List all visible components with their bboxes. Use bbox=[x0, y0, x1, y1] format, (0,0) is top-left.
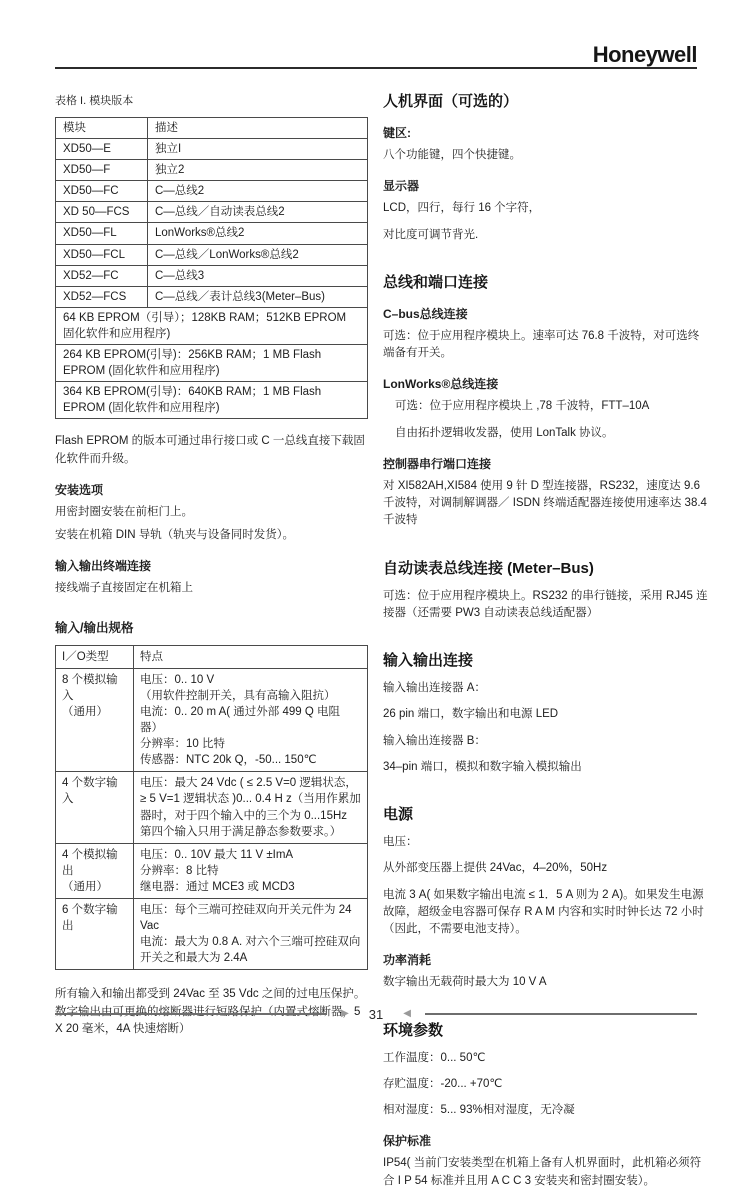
operating-temp-text: 工作温度：0... 50℃ bbox=[383, 1050, 708, 1067]
datasheet-page: Honeywell 表格 I. 模块版本 模块 描述 XD50—E独立I XD5… bbox=[0, 0, 750, 1061]
power-consumption-heading: 功率消耗 bbox=[383, 951, 708, 968]
power-consumption-text: 数字输出无载荷时最大为 10 V A bbox=[383, 974, 708, 991]
io-terminal-paragraph: 接线端子直接固定在机箱上 bbox=[55, 580, 368, 597]
table-cell: 电压：每个三端可控硅双向开关元件为 24 Vac 电流：最大为 0.8 A. 对… bbox=[134, 898, 368, 969]
table-cell: C—总线／自动读表总线2 bbox=[148, 202, 368, 223]
io-spec-heading: 输入/输出规格 bbox=[55, 618, 368, 636]
table-cell: 电压：0.. 10V 最大 11 V ±ImA 分辨率：8 比特 继电器：通过 … bbox=[134, 843, 368, 898]
bus-section-title: 总线和端口连接 bbox=[383, 271, 708, 292]
table-row: XD50—FCC—总线2 bbox=[56, 181, 368, 202]
table-header-cell: 描述 bbox=[148, 118, 368, 139]
display-text: 对比度可调节背光. bbox=[383, 227, 708, 244]
table-header-row: I／O类型 特点 bbox=[56, 645, 368, 668]
table-cell: C—总线／LonWorks®总线2 bbox=[148, 244, 368, 265]
page-number: 31 bbox=[369, 1007, 383, 1022]
table-cell: 8 个模拟输入 （通用） bbox=[56, 668, 134, 772]
flash-eprom-paragraph: Flash EPROM 的版本可通过串行接口或 C 一总线直接下载固化软件而升级… bbox=[55, 433, 368, 468]
table-header-cell: 模块 bbox=[56, 118, 148, 139]
lonworks-text: 自由拓扑逻辑收发器，使用 LonTalk 协议。 bbox=[383, 425, 708, 442]
table-cell: 独立2 bbox=[148, 160, 368, 181]
current-text: 电流 3 A( 如果数字输出电流 ≤ 1．5 A 则为 2 A)。如果发生电源故… bbox=[383, 887, 708, 939]
table-caption: 表格 I. 模块版本 bbox=[55, 92, 368, 108]
table-cell: XD 50—FCS bbox=[56, 202, 148, 223]
install-paragraph: 安装在机箱 DIN 导轨（轨夹与设备同时发货）。 bbox=[55, 527, 368, 544]
table-cell: C—总线2 bbox=[148, 181, 368, 202]
table-cell: C—总线／表计总线3(Meter–Bus) bbox=[148, 286, 368, 307]
meter-bus-text: 可选：位于应用程序模块上。RS232 的串行链接，采用 RJ45 连接器（还需要… bbox=[383, 588, 708, 623]
protection-standard-text: IP54( 当前门安装类型在机箱上备有人机界面时，此机箱必须符合 I P 54 … bbox=[383, 1155, 708, 1190]
cbus-heading: C–bus总线连接 bbox=[383, 305, 708, 322]
io-connector-text: 26 pin 端口，数字输出和电源 LED bbox=[383, 706, 708, 723]
left-column: 表格 I. 模块版本 模块 描述 XD50—E独立I XD50—F独立2 XD5… bbox=[55, 92, 368, 1047]
keypad-heading: 键区: bbox=[383, 124, 708, 141]
footer-rule-right bbox=[425, 1013, 697, 1015]
table-cell: XD52—FC bbox=[56, 265, 148, 286]
io-connector-text: 输入输出连接器 A： bbox=[383, 680, 708, 697]
table-cell: XD52—FCS bbox=[56, 286, 148, 307]
table-span-row: 364 KB EPROM(引导)：640KB RAM；1 MB Flash EP… bbox=[56, 382, 368, 419]
table-cell: 4 个模拟输出 （通用） bbox=[56, 843, 134, 898]
io-connector-text: 输入输出连接器 B： bbox=[383, 733, 708, 750]
page-footer: ▶ 31 ◀ bbox=[55, 1002, 697, 1026]
table-row: 4 个模拟输出 （通用） 电压：0.. 10V 最大 11 V ±ImA 分辨率… bbox=[56, 843, 368, 898]
table-span-row: 64 KB EPROM（引导）；128KB RAM；512KB EPROM 固化… bbox=[56, 307, 368, 344]
io-connector-text: 34–pin 端口，模拟和数字输入模拟输出 bbox=[383, 759, 708, 776]
io-connection-section-title: 输入输出连接 bbox=[383, 649, 708, 670]
table-cell: XD50—FL bbox=[56, 223, 148, 244]
keypad-text: 八个功能键，四个快捷键。 bbox=[383, 147, 708, 164]
install-options-heading: 安装选项 bbox=[55, 481, 368, 498]
table-cell: 4 个数字输入 bbox=[56, 772, 134, 843]
table-header-cell: 特点 bbox=[134, 645, 368, 668]
table-row: XD50—FLLonWorks®总线2 bbox=[56, 223, 368, 244]
table-cell: XD50—E bbox=[56, 139, 148, 160]
table-header-row: 模块 描述 bbox=[56, 118, 368, 139]
table-cell: XD50—FCL bbox=[56, 244, 148, 265]
footer-rule-left bbox=[55, 1013, 327, 1015]
right-triangle-icon: ▶ bbox=[341, 1009, 349, 1019]
io-spec-table: I／O类型 特点 8 个模拟输入 （通用） 电压：0.. 10 V （用软件控制… bbox=[55, 645, 368, 971]
table-cell: 电压：0.. 10 V （用软件控制开关，具有高输入阻抗） 电流：0.. 20 … bbox=[134, 668, 368, 772]
table-cell: XD50—FC bbox=[56, 181, 148, 202]
voltage-text: 从外部变压器上提供 24Vac，4–20%，50Hz bbox=[383, 860, 708, 877]
table-row: 8 个模拟输入 （通用） 电压：0.. 10 V （用软件控制开关，具有高输入阻… bbox=[56, 668, 368, 772]
table-header-cell: I／O类型 bbox=[56, 645, 134, 668]
power-section-title: 电源 bbox=[383, 803, 708, 824]
cbus-text: 可选：位于应用程序模块上。速率可达 76.8 千波特，对可选终端备有开关。 bbox=[383, 328, 708, 363]
table-row: XD50—F独立2 bbox=[56, 160, 368, 181]
meter-bus-section-title: 自动读表总线连接 (Meter–Bus) bbox=[383, 557, 708, 578]
hmi-section-title: 人机界面（可选的） bbox=[383, 90, 708, 111]
humidity-text: 相对湿度：5... 93%相对湿度，无冷凝 bbox=[383, 1102, 708, 1119]
lonworks-heading: LonWorks®总线连接 bbox=[383, 375, 708, 392]
storage-temp-text: 存贮温度：-20... +70℃ bbox=[383, 1076, 708, 1093]
honeywell-logo: Honeywell bbox=[55, 42, 697, 68]
table-cell: 264 KB EPROM(引导)：256KB RAM；1 MB Flash EP… bbox=[56, 345, 368, 382]
table-row: 4 个数字输入 电压：最大 24 Vdc ( ≤ 2.5 V=0 逻辑状态，≥ … bbox=[56, 772, 368, 843]
serial-port-heading: 控制器串行端口连接 bbox=[383, 455, 708, 472]
voltage-label: 电压： bbox=[383, 834, 708, 851]
table-row: XD52—FCSC—总线／表计总线3(Meter–Bus) bbox=[56, 286, 368, 307]
table-cell: LonWorks®总线2 bbox=[148, 223, 368, 244]
io-terminal-heading: 输入输出终端连接 bbox=[55, 557, 368, 574]
protection-standard-heading: 保护标准 bbox=[383, 1132, 708, 1149]
header-divider bbox=[55, 67, 697, 69]
table-row: XD52—FCC—总线3 bbox=[56, 265, 368, 286]
table-cell: 364 KB EPROM(引导)：640KB RAM；1 MB Flash EP… bbox=[56, 382, 368, 419]
table-row: XD 50—FCSC—总线／自动读表总线2 bbox=[56, 202, 368, 223]
table-row: XD50—FCLC—总线／LonWorks®总线2 bbox=[56, 244, 368, 265]
display-text: LCD，四行，每行 16 个字符， bbox=[383, 200, 708, 217]
table-cell: C—总线3 bbox=[148, 265, 368, 286]
lonworks-text: 可选：位于应用程序模块上 ,78 千波特，FTT–10A bbox=[383, 398, 708, 415]
module-versions-table: 模块 描述 XD50—E独立I XD50—F独立2 XD50—FCC—总线2 X… bbox=[55, 117, 368, 419]
display-heading: 显示器 bbox=[383, 177, 708, 194]
serial-port-text: 对 XI582AH,XI584 使用 9 针 D 型连接器，RS232，速度达 … bbox=[383, 478, 708, 530]
table-cell: 电压：最大 24 Vdc ( ≤ 2.5 V=0 逻辑状态，≥ 5 V=1 逻辑… bbox=[134, 772, 368, 843]
table-row: 6 个数字输出 电压：每个三端可控硅双向开关元件为 24 Vac 电流：最大为 … bbox=[56, 898, 368, 969]
table-span-row: 264 KB EPROM(引导)：256KB RAM；1 MB Flash EP… bbox=[56, 345, 368, 382]
table-cell: 64 KB EPROM（引导）；128KB RAM；512KB EPROM 固化… bbox=[56, 307, 368, 344]
table-cell: 独立I bbox=[148, 139, 368, 160]
install-paragraph: 用密封圈安装在前柜门上。 bbox=[55, 504, 368, 521]
table-row: XD50—E独立I bbox=[56, 139, 368, 160]
table-cell: 6 个数字输出 bbox=[56, 898, 134, 969]
right-column: 人机界面（可选的） 键区: 八个功能键，四个快捷键。 显示器 LCD，四行，每行… bbox=[383, 90, 708, 1196]
table-cell: XD50—F bbox=[56, 160, 148, 181]
left-triangle-icon: ◀ bbox=[403, 1009, 411, 1019]
